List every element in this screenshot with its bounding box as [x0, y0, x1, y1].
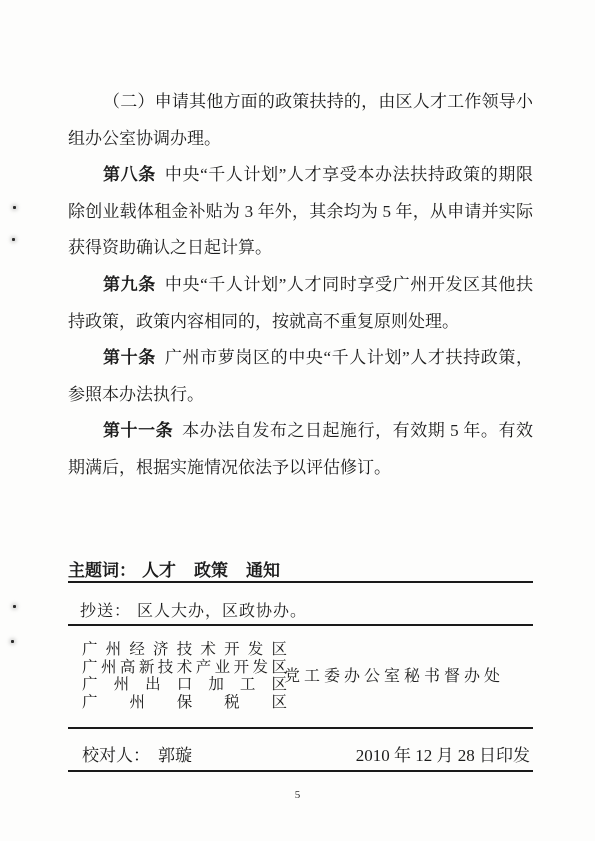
- scan-speck: [13, 206, 16, 209]
- scan-speck: [11, 640, 14, 643]
- subject-keyword: 政策: [194, 561, 228, 580]
- separator-line: [68, 624, 533, 626]
- separator-line: [68, 770, 533, 772]
- subject-keyword: 人才: [142, 561, 176, 580]
- separator-line: [68, 581, 533, 583]
- paragraph: 第九条中央“千人计划”人才同时享受广州开发区其他扶持政策，政策内容相同的，按就高…: [68, 267, 533, 340]
- print-date: 2010 年 12 月 28 日印发: [356, 741, 530, 766]
- separator-line: [68, 727, 533, 729]
- subject-label: 主题词：: [68, 561, 136, 580]
- proofreader-name: 郭璇: [158, 746, 192, 765]
- copy-to-text: 区人大办，区政协办。: [137, 603, 307, 620]
- paragraph: （二）申请其他方面的政策扶持的，由区人才工作领导小组办公室协调办理。: [68, 84, 533, 157]
- issuing-orgs-block: 广州经济技术开发区 广州高新技术产业开发区 广州出口加工区 广州保税区: [82, 641, 287, 711]
- issuing-org: 广州高新技术产业开发区: [82, 659, 287, 677]
- issuing-office-label: 党工委办公室秘书督办处: [284, 663, 504, 686]
- issuing-org: 广州出口加工区: [82, 676, 287, 694]
- article-label: 第十条: [103, 348, 156, 367]
- subject-keywords-row: 主题词：人才政策通知: [68, 556, 280, 581]
- issuing-org: 广州经济技术开发区: [82, 641, 287, 659]
- copy-to-label: 抄送：: [80, 603, 131, 620]
- issuing-org: 广州保税区: [82, 694, 287, 712]
- scan-speck: [13, 605, 16, 608]
- subject-keyword: 通知: [246, 561, 280, 580]
- document-page: （二）申请其他方面的政策扶持的，由区人才工作领导小组办公室协调办理。 第八条中央…: [0, 0, 595, 841]
- paragraph: 第十条广州市萝岗区的中央“千人计划”人才扶持政策，参照本办法执行。: [68, 340, 533, 413]
- proofreader-label: 校对人：: [82, 746, 150, 765]
- copy-to-row: 抄送：区人大办，区政协办。: [80, 598, 307, 621]
- article-label: 第八条: [103, 165, 156, 184]
- page-number: 5: [0, 789, 595, 801]
- scan-speck: [12, 238, 15, 241]
- paragraph: 第八条中央“千人计划”人才享受本办法扶持政策的期限除创业载体租金补贴为 3 年外…: [68, 157, 533, 267]
- article-label: 第十一条: [103, 421, 173, 440]
- document-body: （二）申请其他方面的政策扶持的，由区人才工作领导小组办公室协调办理。 第八条中央…: [68, 84, 533, 487]
- article-label: 第九条: [103, 275, 156, 294]
- proofreader-row: 校对人：郭璇 2010 年 12 月 28 日印发: [82, 741, 530, 766]
- paragraph-text: （二）申请其他方面的政策扶持的，由区人才工作领导小组办公室协调办理。: [68, 92, 533, 148]
- paragraph: 第十一条本办法自发布之日起施行，有效期 5 年。有效期满后，根据实施情况依法予以…: [68, 413, 533, 486]
- proofreader: 校对人：郭璇: [82, 741, 192, 766]
